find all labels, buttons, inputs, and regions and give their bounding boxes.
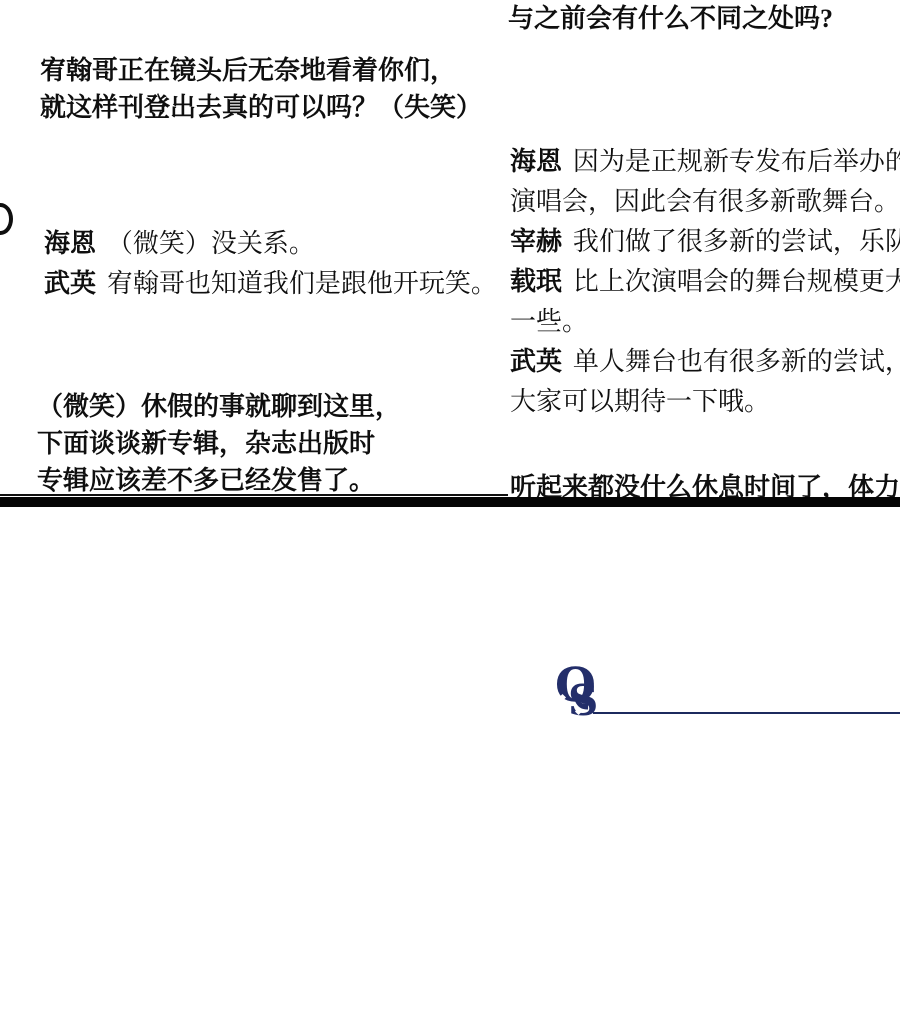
clipped-glyph-left-edge xyxy=(0,203,13,235)
question-line: 宥翰哥正在镜头后无奈地看着你们， xyxy=(40,52,482,89)
speaker-name: 宰赫 xyxy=(510,227,562,256)
answer-text: 因为是正规新专发布后举办的 xyxy=(573,147,900,176)
answer-line: 演唱会，因此会有很多新歌舞台。 xyxy=(510,182,900,222)
answer-text: 演唱会，因此会有很多新歌舞台。 xyxy=(510,187,900,216)
answer-line: 宰赫我们做了很多新的尝试，乐队 xyxy=(510,222,900,262)
speaker-name: 海恩 xyxy=(44,229,96,258)
answer-line: 载珉比上次演唱会的舞台规模更大 xyxy=(510,262,900,302)
answer-text: 大家可以期待一下哦。 xyxy=(510,387,770,416)
speaker-name: 载珉 xyxy=(510,267,562,296)
answer-text: 宥翰哥也知道我们是跟他开玩笑。 xyxy=(107,269,497,298)
question-line: 与之前会有什么不同之处吗? xyxy=(508,0,833,37)
left-question-block-1: 宥翰哥正在镜头后无奈地看着你们， 就这样刊登出去真的可以吗？（失笑） xyxy=(40,52,482,126)
divider-thin-line xyxy=(0,494,508,496)
question-line: 下面谈谈新专辑，杂志出版时 xyxy=(37,425,401,462)
right-answers-block: 海恩因为是正规新专发布后举办的 演唱会，因此会有很多新歌舞台。 宰赫我们做了很多… xyxy=(510,142,900,422)
answer-text: 一些。 xyxy=(510,307,588,336)
speaker-name: 武英 xyxy=(44,269,96,298)
answer-line: 海恩因为是正规新专发布后举办的 xyxy=(510,142,900,182)
question-line: （微笑）休假的事就聊到这里， xyxy=(37,388,401,425)
answer-line: 武英单人舞台也有很多新的尝试， xyxy=(510,342,900,382)
question-line: 就这样刊登出去真的可以吗？（失笑） xyxy=(40,89,482,126)
logo-letter-s: S xyxy=(568,680,598,722)
speaker-name: 海恩 xyxy=(510,147,562,176)
right-question-block-1: 与之前会有什么不同之处吗? xyxy=(508,0,833,37)
answer-text: 我们做了很多新的尝试，乐队 xyxy=(573,227,900,256)
speaker-name: 武英 xyxy=(510,347,562,376)
answer-line: 武英宥翰哥也知道我们是跟他开玩笑。 xyxy=(44,264,497,304)
answer-text: 比上次演唱会的舞台规模更大 xyxy=(573,267,900,296)
left-answers-block: 海恩（微笑）没关系。 武英宥翰哥也知道我们是跟他开玩笑。 xyxy=(44,224,497,304)
answer-line: 一些。 xyxy=(510,302,900,342)
answer-line: 海恩（微笑）没关系。 xyxy=(44,224,497,264)
answer-line: 大家可以期待一下哦。 xyxy=(510,382,900,422)
left-question-block-2: （微笑）休假的事就聊到这里， 下面谈谈新专辑，杂志出版时 专辑应该差不多已经发售… xyxy=(37,388,401,499)
answer-text: 单人舞台也有很多新的尝试， xyxy=(573,347,900,376)
logo-horizontal-line xyxy=(593,712,900,714)
qs-monogram-logo: Q S xyxy=(555,670,603,732)
divider-thick-bar xyxy=(0,497,900,507)
answer-text: （微笑）没关系。 xyxy=(107,229,315,258)
magazine-interview-page: 宥翰哥正在镜头后无奈地看着你们， 就这样刊登出去真的可以吗？（失笑） 海恩（微笑… xyxy=(0,0,900,1036)
